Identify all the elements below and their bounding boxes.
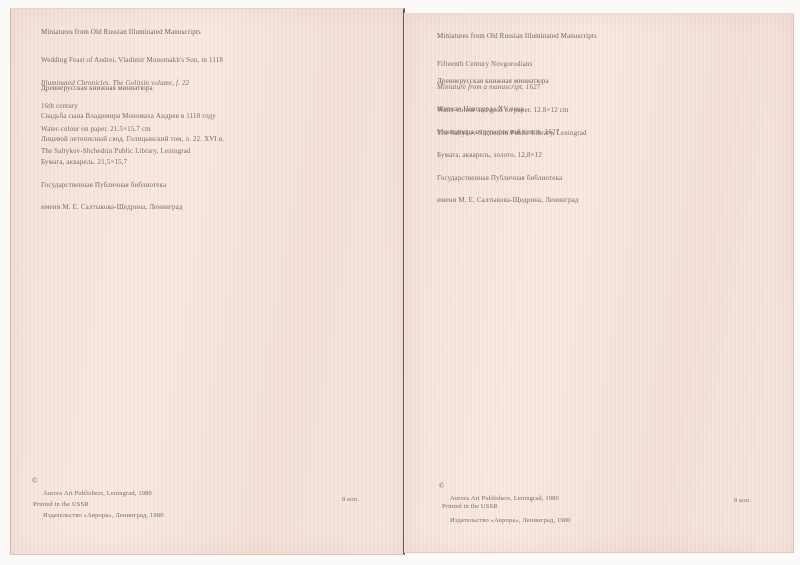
caption-line-ru: Бумага, акварель. 21,5×15,7 (41, 159, 224, 167)
caption-line-ru: Лицевой летописный свод. Голицынский том… (41, 136, 224, 144)
copyright-icon: © (439, 482, 444, 490)
caption-ru: Жители Новгорода XV века Миниатюра из ру… (437, 91, 579, 220)
postcard-back-right: Miniatures from Old Russian Illuminated … (404, 13, 794, 553)
copyright-icon: © (32, 477, 37, 485)
series-title-en: Miniatures from Old Russian Illuminated … (437, 33, 597, 41)
caption-line-ru: Миниатюра из рукописной книги. 1627 (437, 129, 579, 137)
series-title-en: Miniatures from Old Russian Illuminated … (41, 29, 201, 37)
printed-in-ussr: Printed in the USSR (33, 501, 89, 508)
series-title-ru: Древнерусская книжная миниатюра (437, 78, 549, 86)
caption-line-en: Fifteenth Century Novgorodians (437, 61, 587, 69)
caption-line-ru: Бумага, акварель, золото. 12,8×12 (437, 152, 579, 160)
printed-in-ussr: Printed in the USSR (442, 503, 498, 510)
caption-line-ru: Свадьба сына Владимира Мономаха Андрея в… (41, 113, 224, 121)
publisher-line-ru: Издательство «Аврора», Ленинград, 1980 (450, 517, 571, 524)
postcard-back-left: Miniatures from Old Russian Illuminated … (10, 8, 405, 555)
caption-ru: Свадьба сына Владимира Мономаха Андрея в… (41, 98, 224, 227)
caption-line-ru: Государственная Публичная библиотека (41, 182, 224, 190)
caption-line-ru: имени М. Е. Салтыкова-Щедрина, Ленинград (41, 204, 224, 212)
caption-line-en: Wedding Feast of Andrei, Vladimir Monoma… (41, 57, 223, 65)
publisher-line-ru: Издательство «Аврора», Ленинград, 1980 (43, 512, 164, 519)
publisher-line-en: Aurora Art Publishers, Leningrad, 1980 (43, 490, 164, 497)
publisher-line-en: Aurora Art Publishers, Leningrad, 1980 (450, 495, 571, 502)
price-label: 8 коп. (734, 497, 751, 505)
caption-line-ru: Государственная Публичная библиотека (437, 175, 579, 183)
caption-line-ru: Жители Новгорода XV века (437, 106, 579, 114)
caption-line-ru: имени М. Е. Салтыкова-Щедрина, Ленинград (437, 197, 579, 205)
price-label: 8 коп. (342, 496, 359, 504)
series-title-ru: Древнерусская книжная миниатюра (41, 85, 153, 93)
